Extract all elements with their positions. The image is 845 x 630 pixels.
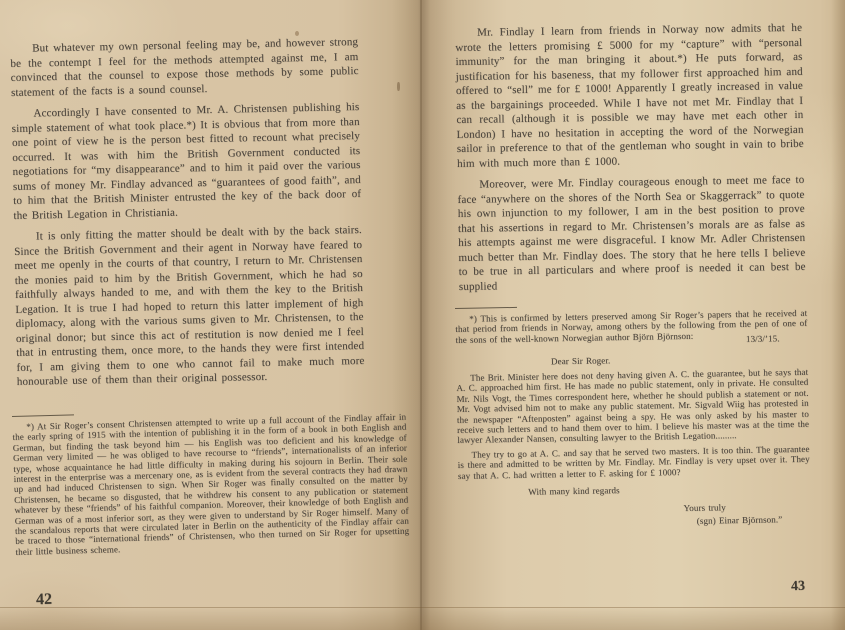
footnote-rule: [455, 307, 517, 309]
right-page-body: Mr. Findlay I learn from friends in Norw…: [455, 21, 806, 301]
left-footnote-text: *) At Sir Roger’s consent Christensen at…: [12, 412, 409, 558]
letter-closing: With many kind regards: [528, 482, 810, 497]
page-number-right: 43: [791, 579, 806, 595]
left-page-body: But whatever my own personal feeling may…: [10, 35, 365, 396]
paper-speck: [397, 82, 400, 91]
book-gutter-crease: [420, 0, 422, 630]
left-paragraph-2: Accordingly I have consented to Mr. A. C…: [11, 100, 361, 223]
book-spread: But whatever my own personal feeling may…: [0, 0, 845, 630]
right-page-footnote: *) This is confirmed by letters preserve…: [455, 302, 811, 530]
page-number-left: 42: [36, 591, 52, 609]
footnote-rule: [12, 414, 74, 417]
right-paragraph-2: Moreover, were Mr. Findlay courageous en…: [457, 173, 806, 294]
page-edge-bottom: [0, 607, 845, 630]
page-edge-right: [831, 0, 845, 630]
left-paragraph-1: But whatever my own personal feeling may…: [10, 35, 359, 100]
letter-signoff: Yours truly: [683, 500, 810, 513]
left-page-footnote: *) At Sir Roger’s consent Christensen at…: [12, 406, 410, 558]
letter-signature: (sgn) Einar Björnson.”: [697, 514, 811, 526]
letter-paragraph-2: They try to go at A. C. and say that he …: [457, 444, 809, 481]
letter-paragraph-1: The Brit. Minister here does not deny ha…: [456, 367, 809, 446]
right-paragraph-1: Mr. Findlay I learn from friends in Norw…: [455, 21, 804, 171]
letter-salutation: Dear Sir Roger.: [551, 351, 808, 366]
left-paragraph-3: It is only fitting the matter should be …: [14, 223, 365, 389]
